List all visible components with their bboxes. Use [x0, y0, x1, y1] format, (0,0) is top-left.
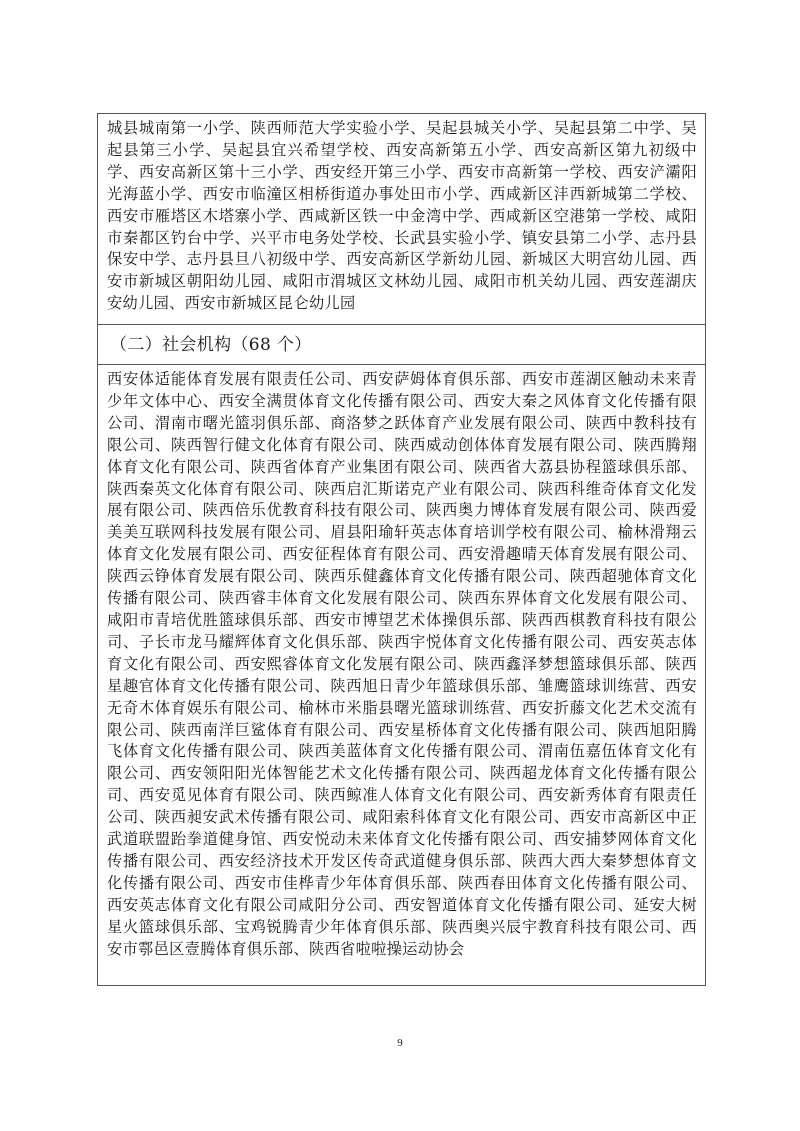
schools-list-cell: 城县城南第一小学、陕西师范大学实验小学、吴起县城关小学、吴起县第二中学、吴起县第… — [98, 114, 705, 324]
page-number: 9 — [0, 1037, 800, 1049]
social-organizations-list-cell: 西安体适能体育发展有限责任公司、西安萨姆体育俱乐部、西安市莲湖区触动未来青少年文… — [98, 365, 705, 985]
section-header-social-organizations: （二）社会机构（68 个） — [98, 324, 705, 365]
organization-list-table: 城县城南第一小学、陕西师范大学实验小学、吴起县城关小学、吴起县第二中学、吴起县第… — [97, 113, 706, 986]
